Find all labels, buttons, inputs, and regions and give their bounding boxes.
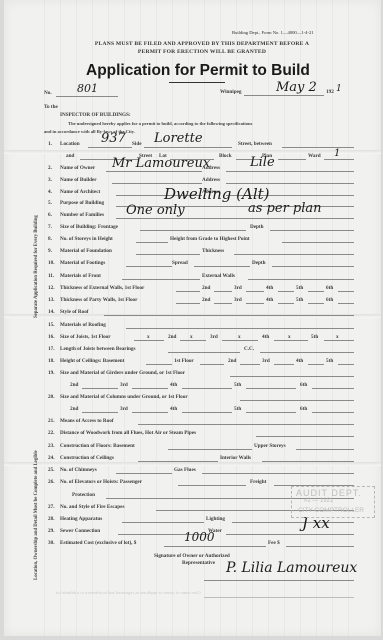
height-grade-line[interactable] [282,242,354,243]
signature-line[interactable] [204,580,354,581]
girders-5th-line[interactable] [246,388,296,389]
owner-line[interactable] [106,171,202,172]
columns-4th-label: 4th [170,406,177,412]
ceiling-3rd-label: 3rd [262,358,270,364]
front-materials-line[interactable] [122,279,200,280]
field-21-number: 21. [48,418,54,424]
field-22-number: 22. [48,430,54,436]
application-number-line [56,96,118,97]
ext-wall-3rd-line[interactable] [246,291,264,292]
street-between-label: Street, between [238,141,272,147]
stamp-line-1: AUDIT DEPT. [296,488,362,498]
permit-application-form: Building Dept., Form No. 1—4000—1-4-21 P… [4,0,381,636]
storeys-label: No. of Storeys in Height [60,236,113,242]
girders-1st-line[interactable] [230,376,354,377]
external-walls-label: External Walls [202,273,235,279]
columns-5th-line[interactable] [246,412,296,413]
application-number-value: 801 [77,82,98,95]
field-23-number: 23. [48,443,54,449]
cc-label: C.C. [244,346,254,352]
notice-line-2: PERMIT FOR ERECTION WILL BE GRANTED [62,49,342,55]
location-number-value: 937 [101,131,126,146]
columns-6th-label: 6th [300,406,307,412]
owner-address-label: Address [202,165,220,171]
owner-address-value: Lile [250,155,275,170]
ceilings-construction-line[interactable] [138,461,218,462]
estimated-cost-line[interactable] [164,546,266,547]
gas-flues-line[interactable] [202,473,354,474]
girders-6th-line[interactable] [312,388,354,389]
party-wall-6th-label: 6th [326,297,333,303]
joists-length-label: Length of Joists between Bearings [60,346,136,352]
columns-2nd-label: 2nd [70,406,78,412]
title-underline [169,82,225,83]
field-14-number: 14. [48,309,54,315]
owner-value: Mr Lamoureux [112,156,210,171]
ward-value: 1 [334,148,340,159]
storeys-line[interactable] [136,242,168,243]
paper-fold [4,150,381,154]
girders-4th-line[interactable] [182,388,232,389]
bleed-through-text: Give name of owner or applicant as regis… [56,590,201,595]
ceiling-2nd-label: 2nd [228,358,236,364]
footing-depth-line[interactable] [272,266,354,267]
ceiling-5th-line[interactable] [338,364,354,365]
footings-line[interactable] [126,266,172,267]
thickness-label: Thickness [202,248,224,254]
builder-line[interactable] [112,183,202,184]
field-8-number: 8. [48,236,52,242]
elevators-passenger-line[interactable] [178,485,246,486]
field-9-number: 9. [48,248,52,254]
woodwork-distance-label: Distance of Woodwork from all Flues, Hot… [60,430,196,436]
ceiling-3rd-line[interactable] [274,364,294,365]
spread-label: Spread [172,260,188,266]
spread-line[interactable] [194,266,250,267]
interior-walls-line[interactable] [262,461,354,462]
foundation-line[interactable] [136,254,200,255]
frontage-line[interactable] [140,230,246,231]
roof-access-line[interactable] [138,424,354,425]
party-wall-3rd-line[interactable] [246,303,264,304]
girders-5th-label: 5th [234,382,241,388]
joists-5th-x: x [336,334,339,340]
external-walls-line[interactable] [248,279,354,280]
year-prefix: 192 [326,89,334,95]
field-19-number: 19. [48,370,54,376]
signature-label-2: Representative [182,560,215,566]
field-17-number: 17. [48,346,54,352]
roof-style-line[interactable] [104,315,354,316]
builder-label: Name of Builder [60,177,97,183]
fire-escapes-label: No. and Style of Fire Escapes [60,504,124,510]
application-number-label: No. [44,90,52,96]
plan-line[interactable] [278,159,306,160]
field-20-number: 20. [48,394,54,400]
ceiling-1st-label: 1st Floor [174,358,194,364]
field-6-number: 6. [48,212,52,218]
and-label: and [66,153,74,159]
audit-dept-stamp: AUDIT DEPT. #2 — 1921 CITY COMPTROLLER [291,486,375,518]
depth-label: Depth [250,224,264,230]
sewer-label: Sewer Connection [60,528,100,534]
protection-label: Protection [72,492,95,498]
height-grade-label: Height from Grade to Highest Point [170,236,250,242]
inspector-label: INSPECTOR OF BUILDINGS: [60,112,131,118]
girders-2nd-label: 2nd [70,382,78,388]
woodwork-distance-line[interactable] [256,436,354,437]
owner-address-line[interactable] [226,171,354,172]
party-wall-thickness-label: Thickness of Party Walls, 1st Floor [60,297,137,303]
margin-note-location-ownership: Location, Ownership and Detail Must be C… [34,450,39,580]
field-7-number: 7. [48,224,52,230]
families-line[interactable] [116,218,354,219]
roofing-line[interactable] [126,328,354,329]
signature-label-1: Signature of Owner or Authorized [154,553,230,559]
side-label: Side [132,141,142,147]
columns-6th-line[interactable] [312,412,354,413]
notice-line-1: PLANS MUST BE FILED AND APPROVED BY THIS… [62,41,342,47]
signature-value: P. Lilia Lamoureux [226,560,357,576]
field-15-number: 15. [48,322,54,328]
ext-wall-6th-line[interactable] [338,291,354,292]
upper-storeys-line[interactable] [296,449,354,450]
roof-style-label: Style of Roof [60,309,89,315]
field-10-number: 10. [48,260,54,266]
estimated-cost-value: 1000 [184,530,215,544]
ceilings-construction-label: Construction of Ceilings [60,455,114,461]
estimated-cost-label: Estimated Cost (exclusive of lot), $ [60,540,136,546]
joists-3rd-x: x [238,334,241,340]
elevators-label: No. of Elevators or Hoists: Passenger [60,479,142,485]
date-line [244,95,324,96]
ceiling-basement-line[interactable] [146,364,172,365]
heating-line[interactable] [122,522,204,523]
architect-label: Name of Architect [60,189,100,195]
upper-storeys-label: Upper Storeys [254,443,286,449]
field-29-number: 29. [48,528,54,534]
party-wall-4th-line[interactable] [278,303,294,304]
ext-wall-2nd-label: 2nd [202,285,210,291]
columns-5th-label: 5th [234,406,241,412]
ext-wall-4th-label: 4th [266,285,273,291]
joists-3rd-label: 3rd [210,334,218,340]
block-label: Block [219,153,232,159]
roof-access-label: Means of Access to Roof [60,418,114,424]
ext-wall-5th-line[interactable] [308,291,324,292]
paper-fold [4,462,381,466]
field-11-number: 11. [48,273,54,279]
field-2-number: 2. [48,165,52,171]
chimneys-line[interactable] [116,473,172,474]
ext-wall-5th-label: 5th [296,285,303,291]
party-wall-1st-line[interactable] [176,303,200,304]
heating-label: Heating Apparatus [60,516,102,522]
fee-label: Fee $ [268,540,280,546]
party-wall-4th-label: 4th [266,297,273,303]
gas-flues-label: Gas Flues [174,467,196,473]
field-24-number: 24. [48,455,54,461]
party-wall-6th-line[interactable] [338,303,354,304]
field-16-number: 16. [48,334,54,340]
city-label: Winnipeg [220,89,242,95]
ward-label: Ward [308,153,321,159]
frontage-label: Size of Building: Frontage [60,224,118,230]
depth-line[interactable] [270,230,354,231]
joists-2nd-label: 2nd [168,334,176,340]
party-wall-5th-label: 5th [296,297,303,303]
girders-6th-label: 6th [300,382,307,388]
purpose-label: Purpose of Building [60,200,104,206]
field-27-number: 27. [48,504,54,510]
footing-depth-label: Depth [252,260,266,266]
field-3-number: 3. [48,177,52,183]
date-value: May 2 [276,80,317,95]
families-value: One only [126,203,185,218]
ceiling-4th-line[interactable] [308,364,324,365]
freight-label: Freight [250,479,266,485]
ceiling-5th-label: 5th [326,358,333,364]
party-wall-3rd-label: 3rd [234,297,242,303]
families-note: as per plan [248,201,322,216]
to-the-label: To the [44,104,58,110]
intro-line-1: The undersigned hereby applies for a per… [68,121,252,126]
field-28-number: 28. [48,516,54,522]
joists-2nd-line[interactable] [180,340,206,341]
joists-4th-line[interactable] [274,340,308,341]
joists-1st-line[interactable] [134,340,164,341]
foundation-label: Material of Foundation [60,248,112,254]
field-30-number: 30. [48,540,54,546]
girders-3rd-line[interactable] [132,388,168,389]
party-wall-5th-line[interactable] [308,303,324,304]
page-title: Application for Permit to Build [86,62,310,80]
party-wall-2nd-label: 2nd [202,297,210,303]
joists-5th-line[interactable] [324,340,354,341]
cc-line[interactable] [260,352,354,353]
lower-rule [204,597,354,598]
families-label: Number of Families [60,212,104,218]
field-18-number: 18. [48,358,54,364]
field-1-number: 1. [48,141,52,147]
ceiling-2nd-line[interactable] [240,364,260,365]
joists-1st-x: x [147,334,150,340]
side-street-value: Lorette [154,131,203,146]
ext-wall-4th-line[interactable] [278,291,294,292]
ceilings-height-label: Height of Ceilings: Basement [60,358,124,364]
joists-2nd-x: x [190,334,193,340]
ext-wall-thickness-label: Thickness of External Walls, 1st Floor [60,285,144,291]
margin-note-separate-application: Separate Application Required for Every … [34,215,39,318]
front-materials-label: Materials of Front [60,273,101,279]
columns-label: Size and Material of Columns under Groun… [60,394,188,400]
field-4-number: 4. [48,189,52,195]
builder-address-label: Address [202,177,220,183]
ext-wall-6th-label: 6th [326,285,333,291]
chimneys-label: No. of Chimneys [60,467,97,473]
girders-2nd-line[interactable] [82,388,118,389]
floors-construction-label: Construction of Floors: Basement [60,443,135,449]
joists-5th-label: 5th [311,334,318,340]
field-25-number: 25. [48,467,54,473]
ext-wall-3rd-label: 3rd [234,285,242,291]
joists-4th-x: x [288,334,291,340]
location-label: Location [60,141,80,147]
form-number: Building Dept., Form No. 1—4000—1-4-21 [232,30,314,35]
location-line[interactable] [88,147,132,148]
side-line[interactable] [144,147,232,148]
girders-4th-label: 4th [170,382,177,388]
stamp-line-2: #2 — 1921 [304,498,333,504]
ward-line[interactable] [324,159,354,160]
street-between-line[interactable] [282,147,354,148]
girders-3rd-label: 3rd [120,382,128,388]
builder-address-line[interactable] [226,183,354,184]
lighting-line[interactable] [232,522,354,523]
interior-walls-label: Interior Walls [220,455,251,461]
owner-label: Name of Owner [60,165,95,171]
year-suffix: 1 [336,84,342,94]
field-12-number: 12. [48,285,54,291]
thickness-line[interactable] [234,254,354,255]
floors-basement-line[interactable] [168,449,252,450]
columns-2nd-line[interactable] [82,412,118,413]
fee-line[interactable] [286,546,354,547]
girders-label: Size and Material of Girders under Groun… [60,370,185,376]
joists-size-label: Size of Joists, 1st Floor [60,334,111,340]
roofing-label: Materials of Roofing [60,322,106,328]
columns-3rd-label: 3rd [120,406,128,412]
lighting-label: Lighting [206,516,225,522]
ceiling-4th-label: 4th [296,358,303,364]
columns-1st-line[interactable] [240,400,354,401]
ext-wall-2nd-line[interactable] [214,291,232,292]
ext-wall-1st-line[interactable] [176,291,200,292]
field-5-number: 5. [48,200,52,206]
joists-3rd-line[interactable] [222,340,258,341]
columns-4th-line[interactable] [182,412,232,413]
joists-length-line[interactable] [168,352,240,353]
ceiling-1st-line[interactable] [200,364,224,365]
party-wall-2nd-line[interactable] [214,303,232,304]
columns-3rd-line[interactable] [132,412,168,413]
field-13-number: 13. [48,297,54,303]
footings-label: Material of Footings [60,260,105,266]
joists-4th-label: 4th [262,334,269,340]
field-26-number: 26. [48,479,54,485]
water-line[interactable] [226,534,354,535]
stamp-line-3: CITY COMPTROLLER [298,507,364,514]
